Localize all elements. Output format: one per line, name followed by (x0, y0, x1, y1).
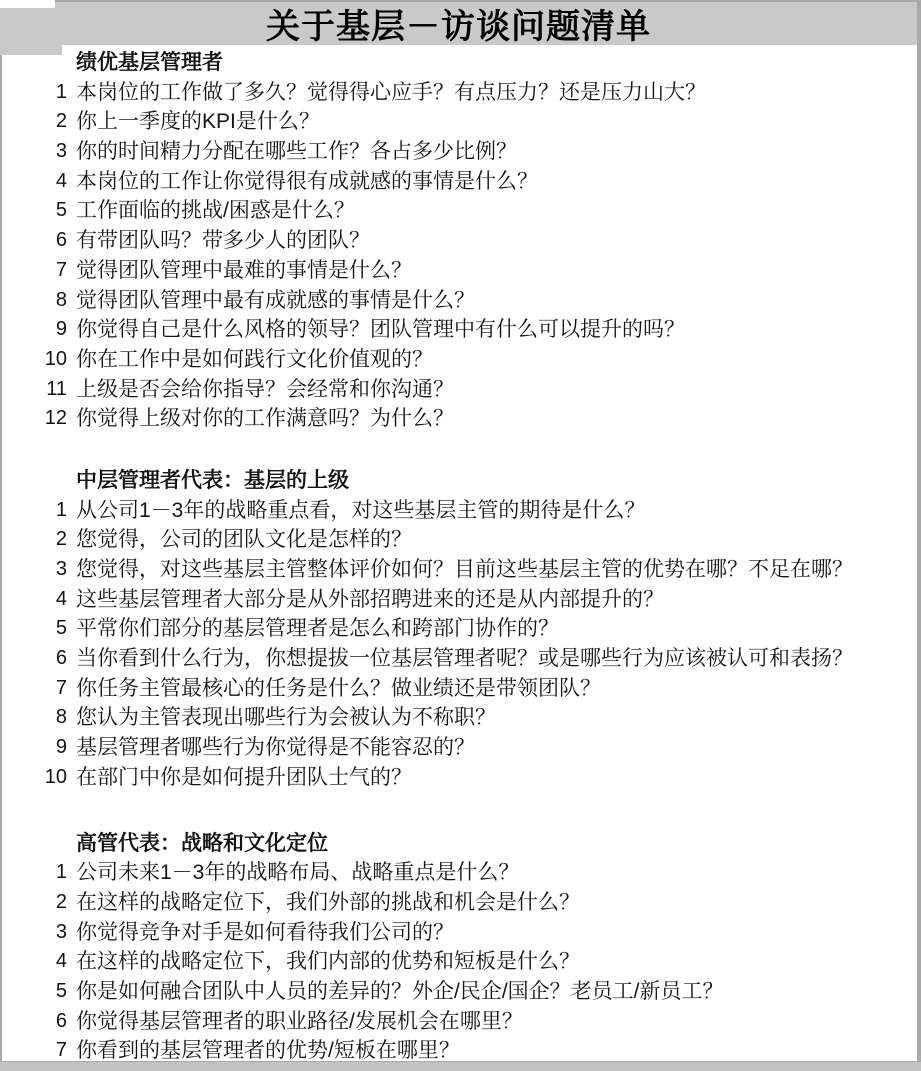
section-2: 中层管理者代表：基层的上级1从公司1－3年的战略重点看，对这些基层主管的期待是什… (0, 466, 917, 793)
question-text: 从公司1－3年的战略重点看，对这些基层主管的期待是什么？ (76, 496, 917, 526)
question-number: 6 (0, 1007, 76, 1037)
section-heading: 绩优基层管理者 (76, 48, 917, 78)
question-text: 在部门中你是如何提升团队士气的？ (76, 763, 917, 793)
section-heading: 高管代表：战略和文化定位 (76, 829, 917, 859)
question-number: 6 (0, 644, 76, 674)
question-row: 2你上一季度的KPI是什么？ (0, 107, 917, 137)
question-row: 10在部门中你是如何提升团队士气的？ (0, 763, 917, 793)
section-heading-row: 中层管理者代表：基层的上级 (0, 466, 917, 496)
question-row: 5工作面临的挑战/困惑是什么？ (0, 196, 917, 226)
question-number: 12 (0, 404, 76, 434)
question-text: 基层管理者哪些行为你觉得是不能容忍的？ (76, 733, 917, 763)
question-number: 3 (0, 137, 76, 167)
question-number: 4 (0, 947, 76, 977)
question-row: 1从公司1－3年的战略重点看，对这些基层主管的期待是什么？ (0, 496, 917, 526)
question-text: 在这样的战略定位下，我们外部的挑战和机会是什么？ (76, 888, 917, 918)
question-number: 10 (0, 345, 76, 375)
question-text: 你觉得基层管理者的职业路径/发展机会在哪里？ (76, 1007, 917, 1037)
question-text: 你觉得自己是什么风格的领导？团队管理中有什么可以提升的吗？ (76, 315, 917, 345)
question-row: 4这些基层管理者大部分是从外部招聘进来的还是从内部提升的？ (0, 585, 917, 615)
question-number: 5 (0, 614, 76, 644)
question-text: 上级是否会给你指导？会经常和你沟通？ (76, 375, 917, 405)
question-text: 您觉得，对这些基层主管整体评价如何？目前这些基层主管的优势在哪？不足在哪？ (76, 555, 917, 585)
section-heading-row: 高管代表：战略和文化定位 (0, 829, 917, 859)
question-number: 9 (0, 733, 76, 763)
question-text: 有带团队吗？带多少人的团队？ (76, 226, 917, 256)
question-row: 1本岗位的工作做了多久？觉得得心应手？有点压力？还是压力山大？ (0, 78, 917, 108)
question-row: 1公司未来1－3年的战略布局、战略重点是什么？ (0, 858, 917, 888)
top-left-corner-notch (0, 0, 55, 8)
page-title: 关于基层－访谈问题清单 (266, 0, 651, 48)
question-number: 1 (0, 496, 76, 526)
question-text: 公司未来1－3年的战略布局、战略重点是什么？ (76, 858, 917, 888)
question-number: 8 (0, 286, 76, 316)
question-text: 在这样的战略定位下，我们内部的优势和短板是什么？ (76, 947, 917, 977)
question-row: 6当你看到什么行为，你想提拔一位基层管理者呢？或是哪些行为应该被认可和表扬？ (0, 644, 917, 674)
question-number: 9 (0, 315, 76, 345)
question-row: 9基层管理者哪些行为你觉得是不能容忍的？ (0, 733, 917, 763)
question-number: 6 (0, 226, 76, 256)
question-number: 7 (0, 674, 76, 704)
right-border (917, 0, 921, 1071)
question-text: 您觉得，公司的团队文化是怎样的？ (76, 525, 917, 555)
question-number: 7 (0, 256, 76, 286)
question-row: 2您觉得，公司的团队文化是怎样的？ (0, 525, 917, 555)
question-number: 10 (0, 763, 76, 793)
question-row: 2在这样的战略定位下，我们外部的挑战和机会是什么？ (0, 888, 917, 918)
section-heading: 中层管理者代表：基层的上级 (76, 466, 917, 496)
question-row: 5你是如何融合团队中人员的差异的？外企/民企/国企？老员工/新员工？ (0, 977, 917, 1007)
question-row: 7觉得团队管理中最难的事情是什么？ (0, 256, 917, 286)
bottom-bar (0, 1061, 921, 1071)
question-number: 4 (0, 585, 76, 615)
section-1: 绩优基层管理者1本岗位的工作做了多久？觉得得心应手？有点压力？还是压力山大？2你… (0, 48, 917, 434)
question-row: 4本岗位的工作让你觉得很有成就感的事情是什么？ (0, 167, 917, 197)
question-row: 7你任务主管最核心的任务是什么？做业绩还是带领团队？ (0, 674, 917, 704)
question-row: 5平常你们部分的基层管理者是怎么和跨部门协作的？ (0, 614, 917, 644)
question-row: 6有带团队吗？带多少人的团队？ (0, 226, 917, 256)
section-heading-row: 绩优基层管理者 (0, 48, 917, 78)
question-text: 工作面临的挑战/困惑是什么？ (76, 196, 917, 226)
question-text: 觉得团队管理中最难的事情是什么？ (76, 256, 917, 286)
question-number: 1 (0, 78, 76, 108)
question-text: 你的时间精力分配在哪些工作？各占多少比例？ (76, 137, 917, 167)
question-row: 4在这样的战略定位下，我们内部的优势和短板是什么？ (0, 947, 917, 977)
question-row: 9你觉得自己是什么风格的领导？团队管理中有什么可以提升的吗？ (0, 315, 917, 345)
left-border (0, 55, 2, 1071)
question-text: 您认为主管表现出哪些行为会被认为不称职？ (76, 703, 917, 733)
question-number: 2 (0, 525, 76, 555)
question-row: 8觉得团队管理中最有成就感的事情是什么？ (0, 286, 917, 316)
question-text: 你在工作中是如何践行文化价值观的？ (76, 345, 917, 375)
question-text: 本岗位的工作做了多久？觉得得心应手？有点压力？还是压力山大？ (76, 78, 917, 108)
question-row: 12你觉得上级对你的工作满意吗？为什么？ (0, 404, 917, 434)
question-number: 2 (0, 107, 76, 137)
question-number: 8 (0, 703, 76, 733)
question-row: 10你在工作中是如何践行文化价值观的？ (0, 345, 917, 375)
interview-question-sheet: 关于基层－访谈问题清单 绩优基层管理者1本岗位的工作做了多久？觉得得心应手？有点… (0, 0, 921, 1071)
question-number: 3 (0, 555, 76, 585)
question-text: 你觉得竞争对手是如何看待我们公司的？ (76, 918, 917, 948)
question-row: 3你觉得竞争对手是如何看待我们公司的？ (0, 918, 917, 948)
question-number: 3 (0, 918, 76, 948)
question-text: 这些基层管理者大部分是从外部招聘进来的还是从内部提升的？ (76, 585, 917, 615)
question-number: 4 (0, 167, 76, 197)
question-row: 11上级是否会给你指导？会经常和你沟通？ (0, 375, 917, 405)
question-number: 5 (0, 196, 76, 226)
question-text: 觉得团队管理中最有成就感的事情是什么？ (76, 286, 917, 316)
question-number: 1 (0, 858, 76, 888)
question-text: 你觉得上级对你的工作满意吗？为什么？ (76, 404, 917, 434)
question-number: 2 (0, 888, 76, 918)
question-number: 11 (0, 375, 76, 405)
title-banner: 关于基层－访谈问题清单 (0, 2, 917, 45)
section-3: 高管代表：战略和文化定位1公司未来1－3年的战略布局、战略重点是什么？2在这样的… (0, 829, 917, 1067)
question-text: 你上一季度的KPI是什么？ (76, 107, 917, 137)
question-text: 当你看到什么行为，你想提拔一位基层管理者呢？或是哪些行为应该被认可和表扬？ (76, 644, 917, 674)
question-text: 平常你们部分的基层管理者是怎么和跨部门协作的？ (76, 614, 917, 644)
question-list: 绩优基层管理者1本岗位的工作做了多久？觉得得心应手？有点压力？还是压力山大？2你… (0, 48, 917, 1066)
question-text: 你任务主管最核心的任务是什么？做业绩还是带领团队？ (76, 674, 917, 704)
question-row: 8您认为主管表现出哪些行为会被认为不称职？ (0, 703, 917, 733)
question-text: 本岗位的工作让你觉得很有成就感的事情是什么？ (76, 167, 917, 197)
question-text: 你是如何融合团队中人员的差异的？外企/民企/国企？老员工/新员工？ (76, 977, 917, 1007)
question-row: 6你觉得基层管理者的职业路径/发展机会在哪里？ (0, 1007, 917, 1037)
question-row: 3您觉得，对这些基层主管整体评价如何？目前这些基层主管的优势在哪？不足在哪？ (0, 555, 917, 585)
question-row: 3你的时间精力分配在哪些工作？各占多少比例？ (0, 137, 917, 167)
question-number: 5 (0, 977, 76, 1007)
